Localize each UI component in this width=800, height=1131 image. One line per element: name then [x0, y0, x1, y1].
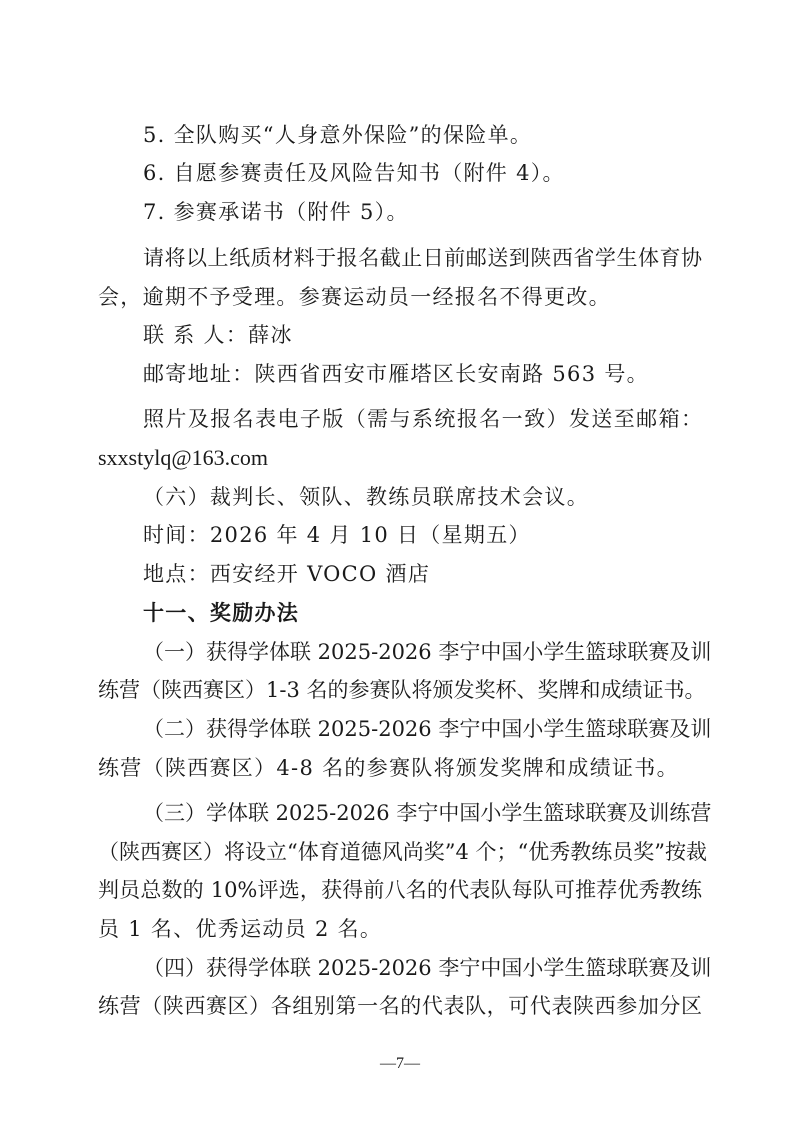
- award-4-line-2: 练营（陕西赛区）各组别第一名的代表队，可代表陕西参加分区: [98, 993, 702, 1019]
- email-instruction: 照片及报名表电子版（需与系统报名一致）发送至邮箱：: [143, 406, 702, 432]
- award-3-line-4: 员 1 名、优秀运动员 2 名。: [98, 916, 382, 942]
- email-address: sxxstylq@163.com: [98, 445, 268, 471]
- award-3-line-1: （三）学体联 2025-2026 李宁中国小学生篮球联赛及训练营: [143, 800, 702, 826]
- contact-person: 联 系 人：薛冰: [143, 322, 293, 348]
- award-1-line-1: （一）获得学体联 2025-2026 李宁中国小学生篮球联赛及训: [143, 639, 702, 665]
- meeting-location: 地点：西安经开 VOCO 酒店: [143, 561, 430, 587]
- award-2-line-1: （二）获得学体联 2025-2026 李宁中国小学生篮球联赛及训: [143, 716, 702, 742]
- paragraph-submission-line-2: 会，逾期不予受理。参赛运动员一经报名不得更改。: [98, 284, 611, 310]
- section-technical-meeting: （六）裁判长、领队、教练员联席技术会议。: [143, 484, 589, 510]
- award-2-line-2: 练营（陕西赛区）4-8 名的参赛队将颁发奖牌和成绩证书。: [98, 755, 679, 781]
- mailing-address: 邮寄地址：陕西省西安市雁塔区长安南路 563 号。: [143, 361, 649, 387]
- award-3-line-3: 判员总数的 10%评选，获得前八名的代表队每队可推荐优秀教练: [98, 877, 702, 903]
- paragraph-submission-line-1: 请将以上纸质材料于报名截止日前邮送到陕西省学生体育协: [143, 245, 702, 271]
- section-heading-awards: 十一、奖励办法: [143, 600, 299, 626]
- list-item-commitment: 7. 参赛承诺书（附件 5）。: [143, 199, 409, 225]
- list-item-risk-notice: 6. 自愿参赛责任及风险告知书（附件 4）。: [143, 160, 565, 186]
- list-item-insurance: 5. 全队购买“人身意外保险”的保险单。: [143, 122, 532, 148]
- page-number: —7—: [0, 1055, 800, 1073]
- meeting-time: 时间：2026 年 4 月 10 日（星期五）: [143, 522, 531, 548]
- award-4-line-1: （四）获得学体联 2025-2026 李宁中国小学生篮球联赛及训: [143, 955, 702, 981]
- award-1-line-2: 练营（陕西赛区）1-3 名的参赛队将颁发奖杯、奖牌和成绩证书。: [98, 677, 702, 703]
- award-3-line-2: （陕西赛区）将设立“体育道德风尚奖”4 个；“优秀教练员奖”按裁: [98, 839, 702, 865]
